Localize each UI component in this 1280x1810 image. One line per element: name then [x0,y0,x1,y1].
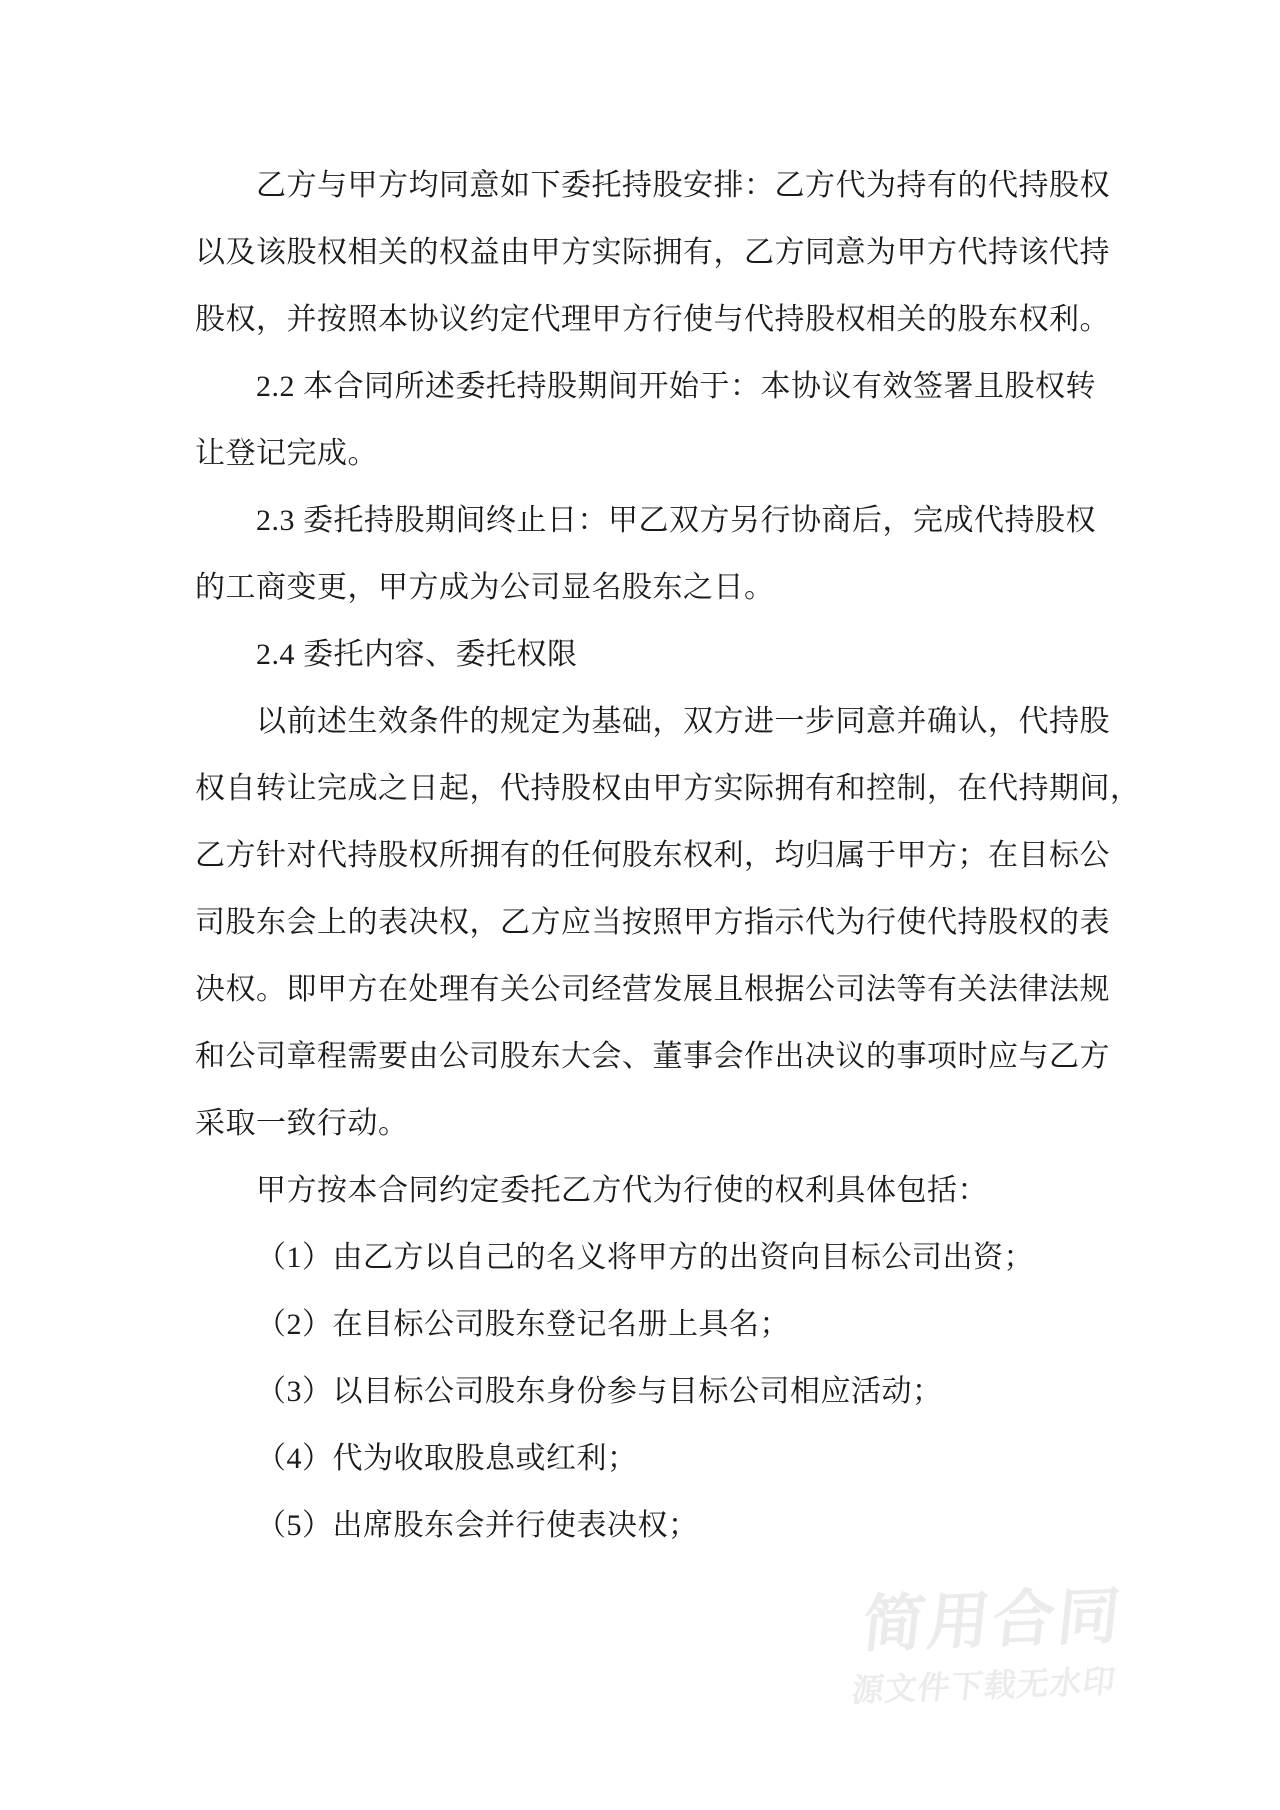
list-item-1: （1）由乙方以自己的名义将甲方的出资向目标公司出资； [195,1224,1115,1291]
paragraph-line: 司股东会上的表决权，乙方应当按照甲方指示代为行使代持股权的表 [195,889,1115,956]
document-text-body: 乙方与甲方均同意如下委托持股安排：乙方代为持有的代持股权 以及该股权相关的权益由… [195,152,1115,1559]
clause-2-2-line: 让登记完成。 [195,420,1115,487]
list-item-3: （3）以目标公司股东身份参与目标公司相应活动； [195,1358,1115,1425]
contract-document-page: 乙方与甲方均同意如下委托持股安排：乙方代为持有的代持股权 以及该股权相关的权益由… [0,0,1280,1810]
clause-2-2-line: 2.2 本合同所述委托持股期间开始于：本协议有效签署且股权转 [195,353,1115,420]
paragraph-line: 甲方按本合同约定委托乙方代为行使的权利具体包括： [195,1157,1115,1224]
paragraph-line: 采取一致行动。 [195,1090,1115,1157]
clause-2-4-heading: 2.4 委托内容、委托权限 [195,621,1115,688]
clause-2-3-line: 2.3 委托持股期间终止日：甲乙双方另行协商后，完成代持股权 [195,487,1115,554]
paragraph-line: 乙方针对代持股权所拥有的任何股东权利，均归属于甲方；在目标公 [195,822,1115,889]
list-item-2: （2）在目标公司股东登记名册上具名； [195,1291,1115,1358]
list-item-5: （5）出席股东会并行使表决权； [195,1492,1115,1559]
watermark: 简用合同 源文件下载无水印 [850,1583,1126,1709]
list-item-4: （4）代为收取股息或红利； [195,1425,1115,1492]
watermark-subtitle: 源文件下载无水印 [850,1663,1118,1708]
clause-2-3-line: 的工商变更，甲方成为公司显名股东之日。 [195,554,1115,621]
paragraph-line: 股权，并按照本协议约定代理甲方行使与代持股权相关的股东权利。 [195,286,1115,353]
paragraph-line: 乙方与甲方均同意如下委托持股安排：乙方代为持有的代持股权 [195,152,1115,219]
paragraph-line: 以前述生效条件的规定为基础，双方进一步同意并确认，代持股 [195,688,1115,755]
paragraph-line: 和公司章程需要由公司股东大会、董事会作出决议的事项时应与乙方 [195,1023,1115,1090]
paragraph-line: 权自转让完成之日起，代持股权由甲方实际拥有和控制，在代持期间， [195,755,1115,822]
paragraph-line: 以及该股权相关的权益由甲方实际拥有，乙方同意为甲方代持该代持 [195,219,1115,286]
paragraph-line: 决权。即甲方在处理有关公司经营发展且根据公司法等有关法律法规 [195,956,1115,1023]
watermark-title: 简用合同 [855,1583,1126,1661]
